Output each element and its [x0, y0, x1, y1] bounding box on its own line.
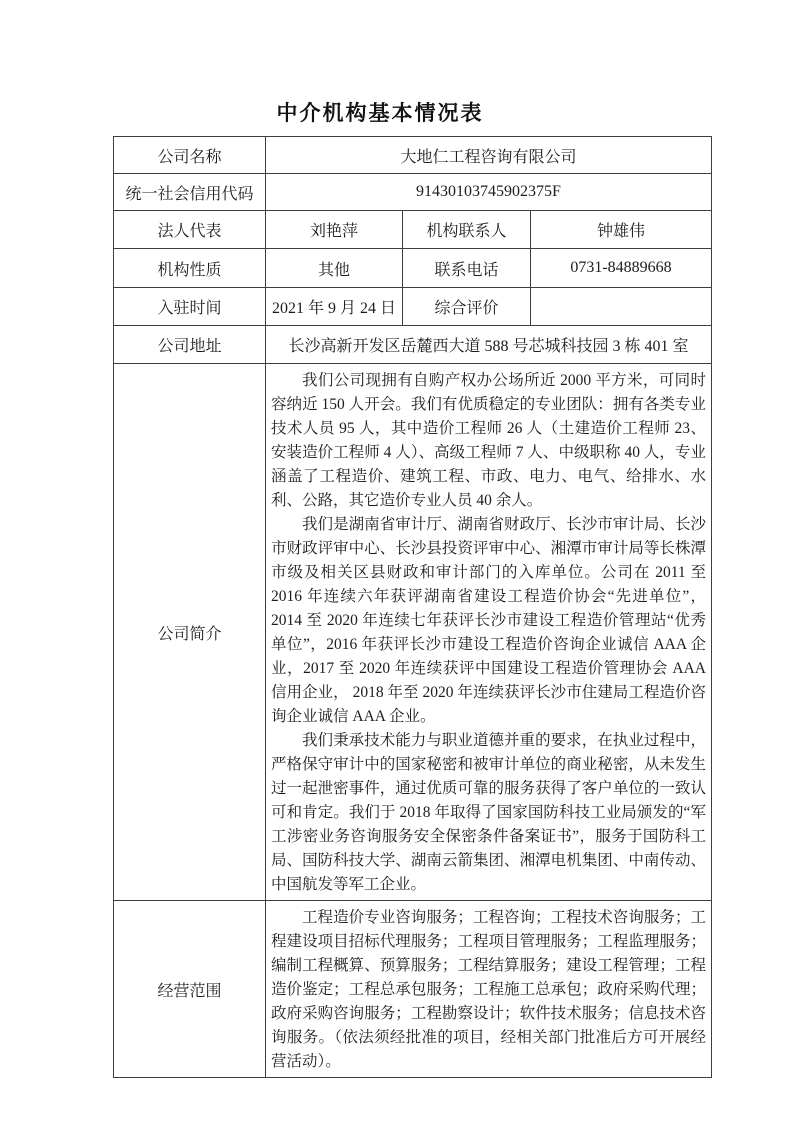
- document-title: 中介机构基本情况表: [277, 97, 484, 127]
- org-nature-value: 其他: [266, 249, 403, 288]
- business-scope-paragraph: 工程造价专业咨询服务；工程咨询；工程技术咨询服务；工程建设项目招标代理服务；工程…: [271, 906, 706, 1074]
- row-address: 公司地址 长沙高新开发区岳麓西大道 588 号芯城科技园 3 栋 401 室: [114, 326, 712, 364]
- evaluation-value: [531, 288, 712, 326]
- profile-paragraph-3: 我们秉承技术能力与职业道德并重的要求，在执业过程中，严格保守审计中的国家秘密和被…: [271, 729, 706, 897]
- legal-representative-label: 法人代表: [114, 211, 266, 249]
- phone-value: 0731-84889668: [531, 249, 712, 288]
- profile-label: 公司简介: [114, 364, 266, 901]
- company-name-value: 大地仁工程咨询有限公司: [266, 137, 712, 174]
- phone-label: 联系电话: [403, 249, 531, 288]
- business-scope-content: 工程造价专业咨询服务；工程咨询；工程技术咨询服务；工程建设项目招标代理服务；工程…: [266, 901, 712, 1078]
- entry-date-value: 2021 年 9 月 24 日: [266, 288, 403, 326]
- row-profile: 公司简介 我们公司现拥有自购产权办公场所近 2000 平方米，可同时容纳近 15…: [114, 364, 712, 901]
- contact-person-value: 钟雄伟: [531, 211, 712, 249]
- contact-person-label: 机构联系人: [403, 211, 531, 249]
- intermediary-info-table: 公司名称 大地仁工程咨询有限公司 统一社会信用代码 91430103745902…: [113, 136, 712, 1078]
- credit-code-value: 91430103745902375F: [266, 174, 712, 211]
- business-scope-label: 经营范围: [114, 901, 266, 1078]
- row-business-scope: 经营范围 工程造价专业咨询服务；工程咨询；工程技术咨询服务；工程建设项目招标代理…: [114, 901, 712, 1078]
- row-org-nature: 机构性质 其他 联系电话 0731-84889668: [114, 249, 712, 288]
- row-credit-code: 统一社会信用代码 91430103745902375F: [114, 174, 712, 211]
- address-label: 公司地址: [114, 326, 266, 364]
- credit-code-label: 统一社会信用代码: [114, 174, 266, 211]
- evaluation-label: 综合评价: [403, 288, 531, 326]
- row-entry-date: 入驻时间 2021 年 9 月 24 日 综合评价: [114, 288, 712, 326]
- document-page: 中介机构基本情况表 公司名称 大地仁工程咨询有限公司 统一社会信用代码 9143…: [0, 0, 793, 1122]
- address-value: 长沙高新开发区岳麓西大道 588 号芯城科技园 3 栋 401 室: [266, 326, 712, 364]
- profile-paragraph-1: 我们公司现拥有自购产权办公场所近 2000 平方米，可同时容纳近 150 人开会…: [271, 369, 706, 513]
- legal-representative-value: 刘艳萍: [266, 211, 403, 249]
- profile-paragraph-2: 我们是湖南省审计厅、湖南省财政厅、长沙市审计局、长沙市财政评审中心、长沙县投资评…: [271, 513, 706, 729]
- row-legal-representative: 法人代表 刘艳萍 机构联系人 钟雄伟: [114, 211, 712, 249]
- company-name-label: 公司名称: [114, 137, 266, 174]
- org-nature-label: 机构性质: [114, 249, 266, 288]
- profile-content: 我们公司现拥有自购产权办公场所近 2000 平方米，可同时容纳近 150 人开会…: [266, 364, 712, 901]
- row-company-name: 公司名称 大地仁工程咨询有限公司: [114, 137, 712, 174]
- entry-date-label: 入驻时间: [114, 288, 266, 326]
